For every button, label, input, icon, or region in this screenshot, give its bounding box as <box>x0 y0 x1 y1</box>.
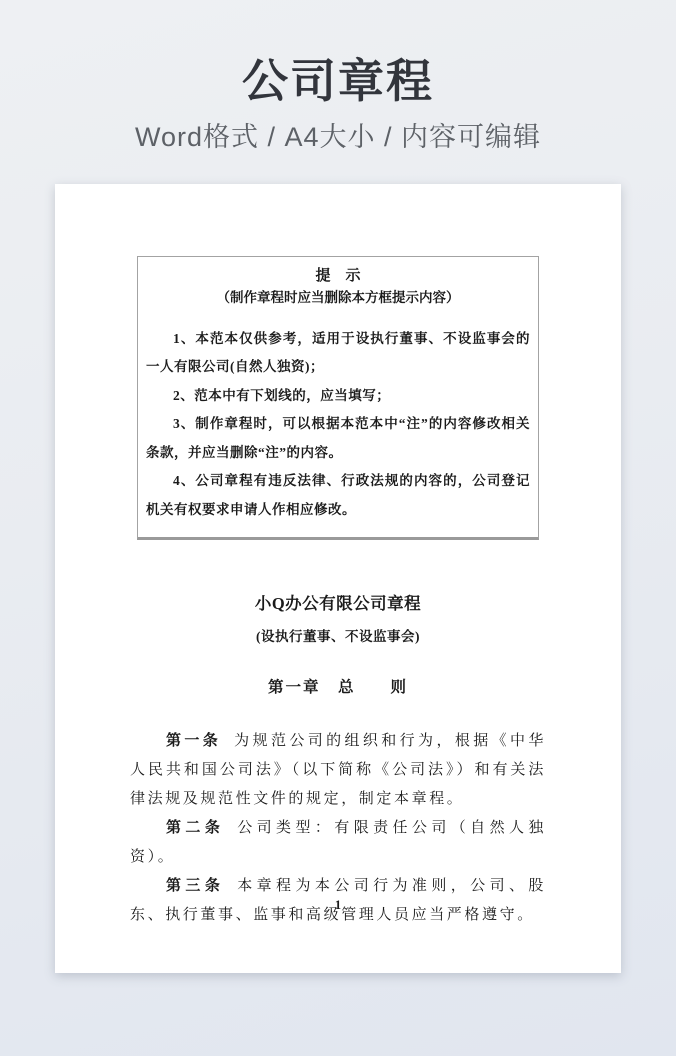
notice-subtitle: （制作章程时应当删除本方框提示内容） <box>146 288 530 307</box>
notice-item-list: 1、本范本仅供参考，适用于设执行董事、不设监事会的一人有限公司(自然人独资)； … <box>146 325 530 525</box>
notice-title: 提 示 <box>146 266 530 287</box>
article-number: 第二条 <box>166 820 224 836</box>
chapter-heading: 第一章 总 则 <box>55 675 621 697</box>
charter-subtitle: (设执行董事、不设监事会) <box>55 625 621 645</box>
notice-item: 4、公司章程有违反法律、行政法规的内容的，公司登记机关有权要求申请人作相应修改。 <box>146 467 530 524</box>
document-page: 提 示 （制作章程时应当删除本方框提示内容） 1、本范本仅供参考，适用于设执行董… <box>55 184 621 973</box>
page-number: 1 <box>55 898 621 913</box>
preview-subtitle: Word格式 / A4大小 / 内容可编辑 <box>0 115 676 154</box>
article-paragraph: 第一条为规范公司的组织和行为，根据《中华人民共和国公司法》（以下简称《公司法》）… <box>130 727 546 814</box>
preview-title: 公司章程 <box>0 56 676 107</box>
charter-title: 小Q办公有限公司章程 <box>55 590 621 614</box>
article-number: 第一条 <box>166 733 221 749</box>
notice-item: 3、制作章程时，可以根据本范本中“注”的内容修改相关条款，并应当删除“注”的内容… <box>146 410 530 467</box>
notice-item: 1、本范本仅供参考，适用于设执行董事、不设监事会的一人有限公司(自然人独资)； <box>146 325 530 382</box>
preview-header: 公司章程 Word格式 / A4大小 / 内容可编辑 <box>0 0 676 154</box>
notice-item: 2、范本中有下划线的，应当填写； <box>146 382 530 411</box>
notice-box: 提 示 （制作章程时应当删除本方框提示内容） 1、本范本仅供参考，适用于设执行董… <box>137 256 539 541</box>
article-number: 第三条 <box>166 878 224 894</box>
charter-heading-block: 小Q办公有限公司章程 (设执行董事、不设监事会) 第一章 总 则 <box>55 590 621 697</box>
article-paragraph: 第二条公司类型：有限责任公司（自然人独资）。 <box>130 814 546 872</box>
